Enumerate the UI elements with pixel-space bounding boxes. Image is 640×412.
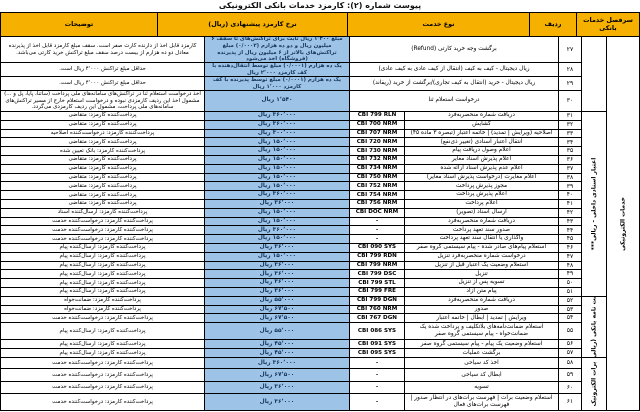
cell-notes: پرداخت‌کننده کارمزد: بانک تعیین شده <box>1 147 204 156</box>
cell-notes: پرداخت‌کننده کارمزد: متقاضی <box>1 191 204 200</box>
cell-service-type: برگشت وجه خرید کارتی (Refund) <box>349 37 558 63</box>
cell-cbi-code: CBI 730 NRM <box>349 147 404 156</box>
cell-cbi-code: CBI 750 NRM <box>349 174 404 183</box>
cell-service-type: استعلام وضعیت یک پیام - پیام سیستمی گروه… <box>404 340 558 349</box>
cell-fee-rate: ۱۵۰٬۰۰۰ ریال <box>204 182 349 191</box>
cell-service-type: صدور سند تعهد پرداخت <box>404 226 558 235</box>
cell-fee-rate: ۳۶٬۰۰۰ ریال <box>204 279 349 288</box>
cell-notes: پرداخت‌کننده کارمزد: متقاضی <box>1 112 204 121</box>
cell-notes: کارمزد قابل اخذ از دارنده کارت صفر است. … <box>1 37 204 63</box>
bank-services-banner: خدمات الکترونیکی <box>606 37 639 411</box>
cell-service-type: اعلام پرداخت <box>404 200 558 209</box>
cell-notes: پرداخت‌کننده کارمزد: متقاضی <box>1 156 204 165</box>
cell-notes: پرداخت‌کننده کارمزد: متقاضی <box>1 165 204 174</box>
cell-cbi-code: CBI 799 RLN <box>349 112 404 121</box>
cell-fee-rate: ۵۵٬۰۰۰ ریال <box>204 323 349 340</box>
cell-row-number: ۳۲ <box>558 121 581 130</box>
cell-cbi-code: CBI 767 DGN <box>349 314 404 323</box>
cell-service-type: تسویه پس از تنزیل <box>404 279 558 288</box>
cell-notes: پرداخت‌کننده کارمزد: درخواست‌کننده خدمت <box>1 314 204 323</box>
cell-service-type: انتقال اعتبار اسنادی (تغییر ذی‌نفع) <box>404 138 558 147</box>
cell-notes: پرداخت‌کننده کارمزد: درخواست‌کننده خدمت <box>1 218 204 227</box>
header-service-type: نوع خدمت <box>347 13 529 36</box>
cell-fee-rate: ۳۶۰٬۰۰۰ ریال <box>204 358 349 369</box>
cell-service-type: اعلام پذیرش اسناد مغایر <box>404 156 558 165</box>
cell-row-number: ۳۳ <box>558 130 581 139</box>
page-title: پیوست شماره (۲): کارمزد خدمات بانکی الکت… <box>0 0 640 12</box>
cell-fee-rate: ۵۵٬۰۰۰ ریال <box>204 297 349 306</box>
cell-service-type: تسویه <box>404 382 558 394</box>
cell-cbi-code: CBI 799 STL <box>349 279 404 288</box>
cell-fee-rate: ۱۵۰٬۰۰۰ ریال <box>204 235 349 244</box>
section-label-text: اعتبار اسنادی داخلی - ریالی*** <box>590 158 598 251</box>
cell-fee-rate: ۳۶٬۰۰۰ ریال <box>204 394 349 411</box>
cell-row-number: ۳۵ <box>558 147 581 156</box>
cell-row-number: ۴۰ <box>558 191 581 200</box>
cell-row-number: ۳۴ <box>558 138 581 147</box>
cell-notes: پرداخت‌کننده کارمزد: متقاضی <box>1 121 204 130</box>
cell-row-number: ۳۱ <box>558 112 581 121</box>
cell-cbi-code: CBI 754 NRM <box>349 191 404 200</box>
cell-notes: پرداخت‌کننده کارمزد: متقاضی <box>1 174 204 183</box>
cell-cbi-code: CBI 799 DGN <box>349 297 404 306</box>
cell-notes: پرداخت‌کننده کارمزد: درخواست‌کننده خدمت <box>1 382 204 394</box>
cell-notes: پرداخت‌کننده کارمزد: درخواست‌کننده اصلاح… <box>1 130 204 139</box>
cell-notes: پرداخت‌کننده کارمزد: درخواست‌کننده خدمت <box>1 226 204 235</box>
cell-cbi-code: CBI 799 RDN <box>349 253 404 262</box>
cell-row-number: ۳۶ <box>558 156 581 165</box>
cell-notes: پرداخت‌کننده کارمزد: متقاضی <box>1 182 204 191</box>
cell-fee-rate: ۱٬۵۴۰ ریال <box>204 91 349 112</box>
cell-cbi-code: CBI 086 SYS <box>349 323 404 340</box>
cell-row-number: ۴۵ <box>558 235 581 244</box>
cell-notes: پرداخت‌کننده کارمزد: ارسال‌کننده پیام <box>1 279 204 288</box>
cell-cbi-code: CBI 752 NRM <box>349 182 404 191</box>
cell-fee-rate: ۱۵۰٬۰۰۰ ریال <box>204 165 349 174</box>
cell-row-number: ۵۸ <box>558 358 581 369</box>
cell-service-type: برگشت عملیات <box>404 349 558 358</box>
cell-notes: پرداخت‌کننده کارمزد: ارسال‌کننده پیام <box>1 253 204 262</box>
cell-cbi-code: CBI 799 NRM <box>349 262 404 271</box>
cell-service-type: ریال دیجیتال - خرید (انتقال به کیف تجاری… <box>349 77 558 91</box>
cell-notes: پرداخت‌کننده کارمزد: درخواست‌کننده خدمت <box>1 235 204 244</box>
cell-fee-rate: ۴۵٬۰۰۰ ریال <box>204 349 349 358</box>
cell-cbi-code: CBI 756 NRM <box>349 200 404 209</box>
cell-fee-rate: ۱۵۰٬۰۰۰ ریال <box>204 138 349 147</box>
cell-service-type: مجوز پذیرش پرداخت <box>404 182 558 191</box>
cell-fee-rate: ۳۶٬۰۰۰ ریال <box>204 270 349 279</box>
cell-service-type: استعلام پیام‌های صادر شده - پیام سیستمی … <box>404 244 558 253</box>
cell-fee-rate: ۶۷٬۵۰۰ ریال <box>204 369 349 382</box>
cell-row-number: ۵۹ <box>558 369 581 382</box>
cell-fee-rate: ۱۵۰٬۰۰۰ ریال <box>204 209 349 218</box>
cell-row-number: ۵۰ <box>558 279 581 288</box>
cell-service-type: اعلام مغایرت (درخواست پذیرش اسناد مغایر) <box>404 174 558 183</box>
cell-row-number: ۲۹ <box>558 77 581 91</box>
cell-row-number: ۴۲ <box>558 209 581 218</box>
cell-cbi-code: CBI 095 SYS <box>349 349 404 358</box>
cell-notes: حداقل مبلغ تراکنش ۴٬۰۰۰ ریال است. <box>1 63 204 77</box>
cell-service-type: ارسال اسناد (تصویر) <box>404 209 558 218</box>
header-fee-rate: نرخ کارمزد پیشنهادی (ریال) <box>157 13 347 36</box>
section-label: ضمانت نامه بانکی (ریالی)*** <box>581 297 606 358</box>
cell-row-number: ۴۳ <box>558 218 581 227</box>
cell-cbi-code: - <box>349 218 404 227</box>
cell-row-number: ۴۱ <box>558 200 581 209</box>
cell-notes: پرداخت‌کننده کارمزد: ارسال‌کننده پیام <box>1 270 204 279</box>
cell-row-number: ۴۷ <box>558 253 581 262</box>
section-label-text: برات الکترونیک <box>590 362 598 407</box>
cell-notes: پرداخت‌کننده کارمزد: درخواست‌کننده خدمت <box>1 369 204 382</box>
cell-service-type: پیام متن آزاد <box>404 288 558 297</box>
cell-fee-rate: ۳۰۰٬۰۰۰ ریال <box>204 130 349 139</box>
cell-row-number: ۴۸ <box>558 262 581 271</box>
cell-row-number: ۲۷ <box>558 37 581 63</box>
cell-service-type: اعلام عدم پذیرش اسناد ارائه شده <box>404 165 558 174</box>
cell-cbi-code: - <box>349 226 404 235</box>
cell-row-number: ۵۱ <box>558 288 581 297</box>
cell-cbi-code: - <box>349 235 404 244</box>
cell-service-type: صدور <box>404 306 558 315</box>
cell-notes: پرداخت‌کننده کارمزد: متقاضی <box>1 138 204 147</box>
cell-service-type: اعلام وصول دریافت پیام <box>404 147 558 156</box>
section-label-text: ضمانت نامه بانکی (ریالی)*** <box>590 297 598 358</box>
cell-row-number: ۴۹ <box>558 270 581 279</box>
cell-cbi-code: CBI 799 DSC <box>349 270 404 279</box>
cell-service-type: دریافت شماره منحصربه‌فرد <box>404 112 558 121</box>
cell-fee-rate: ۱۵۰٬۰۰۰ ریال <box>204 174 349 183</box>
cell-service-type: درخواست شماره منحصربه‌فرد تنزیل <box>404 253 558 262</box>
cell-service-type: استعلام ضمانت‌نامه‌های بلاتکلیف و پرداخت… <box>404 323 558 340</box>
cell-cbi-code: CBI 760 NRM <box>349 306 404 315</box>
cell-row-number: ۳۸ <box>558 174 581 183</box>
cell-notes: پرداخت‌کننده کارمزد: ارسال‌کننده پیام <box>1 349 204 358</box>
cell-cbi-code: - <box>349 358 404 369</box>
cell-service-type: تنزیل <box>404 270 558 279</box>
cell-row-number: ۶۰ <box>558 382 581 394</box>
cell-notes: پرداخت‌کننده کارمزد: ارسال‌کننده پیام <box>1 288 204 297</box>
cell-fee-rate: ۳۶٬۰۰۰ ریال <box>204 200 349 209</box>
cell-service-type: اخذ کد سیاحی <box>404 358 558 369</box>
cell-service-type: ویرایش | تمدید | ابطال | خاتمه اعتبار <box>404 314 558 323</box>
cell-row-number: ۶۱ <box>558 394 581 411</box>
cell-service-type: اعلام پذیرش پرداخت <box>404 191 558 200</box>
cell-row-number: ۵۴ <box>558 314 581 323</box>
cell-row-number: ۵۳ <box>558 306 581 315</box>
cell-cbi-code: CBI 720 NRM <box>349 138 404 147</box>
cell-row-number: ۴۴ <box>558 226 581 235</box>
cell-fee-rate: ۶۷٬۵۰۰ ریال <box>204 306 349 315</box>
header-notes: توضیحات <box>1 13 157 36</box>
cell-service-type: درخواست استعلام ثنا <box>349 91 558 112</box>
cell-service-type: ریال دیجیتال - کیف به کیف (انتقال از کیف… <box>349 63 558 77</box>
cell-notes: پرداخت‌کننده کارمزد: متقاضی <box>1 200 204 209</box>
cell-fee-rate: ۱۵۰٬۰۰۰ ریال <box>204 253 349 262</box>
cell-notes: پرداخت‌کننده کارمزد: درخواست‌کننده خدمت <box>1 358 204 369</box>
header-section: سرفصل خدمات بانکی <box>576 13 639 36</box>
cell-row-number: ۵۶ <box>558 340 581 349</box>
cell-row-number: ۵۲ <box>558 297 581 306</box>
cell-row-number: ۲۸ <box>558 63 581 77</box>
cell-cbi-code: CBI 732 NRM <box>349 156 404 165</box>
cell-fee-rate: ۳۶۰٬۰۰۰ ریال <box>204 191 349 200</box>
cell-notes: پرداخت‌کننده کارمزد: ارسال‌کننده پیام <box>1 262 204 271</box>
document-page: پیوست شماره (۲): کارمزد خدمات بانکی الکت… <box>0 0 640 412</box>
cell-fee-rate: ۴۵٬۰۰۰ ریال <box>204 340 349 349</box>
cell-fee-rate: یک ده هزارم (۰/۰۰۰۱) مبلغ توسط انتقال‌ده… <box>204 63 349 77</box>
table-body: خدمات الکترونیکی اعتبار اسنادی داخلی - ر… <box>1 37 639 411</box>
cell-notes: پرداخت‌کننده کارمزد: ارسال‌کننده پیام <box>1 323 204 340</box>
cell-fee-rate: ۳۶٬۰۰۰ ریال <box>204 382 349 394</box>
cell-fee-rate: ۳۶٬۰۰۰ ریال <box>204 244 349 253</box>
cell-fee-rate: ۳۶۰٬۰۰۰ ریال <box>204 112 349 121</box>
cell-fee-rate: یک ده هزارم (۰/۰۰۰۱) مبلغ توسط پذیرنده ب… <box>204 77 349 91</box>
cell-cbi-code: - <box>349 369 404 382</box>
cell-fee-rate: ۱۵۰٬۰۰۰ ریال <box>204 156 349 165</box>
table-header-row: سرفصل خدمات بانکی ردیف نوع خدمت نرخ کارم… <box>1 13 639 37</box>
cell-cbi-code: CBI 707 NRM <box>349 130 404 139</box>
cell-cbi-code: CBI 799 FRE <box>349 288 404 297</box>
cell-service-type: واگذاری یا انتقال سند تعهد پرداخت <box>404 235 558 244</box>
cell-fee-rate: ۳۶٬۰۰۰ ریال <box>204 262 349 271</box>
cell-notes: حداقل مبلغ تراکنش ۴٬۰۰۰ ریال است. <box>1 77 204 91</box>
cell-cbi-code: CBI 090 SYS <box>349 244 404 253</box>
cell-notes: پرداخت‌کننده کارمزد: ضمانت‌خواه <box>1 297 204 306</box>
cell-notes: پرداخت‌کننده کارمزد: ضمانت‌خواه <box>1 306 204 315</box>
cell-fee-rate: ۳۶۰٬۰۰۰ ریال <box>204 226 349 235</box>
cell-fee-rate: ۳۶٬۰۰۰ ریال <box>204 288 349 297</box>
section-label <box>581 37 606 112</box>
cell-row-number: ۵۷ <box>558 349 581 358</box>
header-row-number: ردیف <box>529 13 576 36</box>
cell-fee-rate: ۱۵۰٬۰۰۰ ریال <box>204 218 349 227</box>
section-label: اعتبار اسنادی داخلی - ریالی*** <box>581 112 606 297</box>
cell-service-type: استعلام وضعیت برات | فهرست برات‌های در ا… <box>404 394 558 411</box>
cell-service-type: اصلاحیه (ویرایش | تمدید) | خاتمه اعتبار … <box>404 130 558 139</box>
cell-service-type: ابطال کد سیاحی <box>404 369 558 382</box>
bank-services-banner-label: خدمات الکترونیکی <box>619 197 627 251</box>
cell-fee-rate: ۶۷٬۵۰۰ ریال <box>204 314 349 323</box>
cell-notes: اخذ درخواست استعلام ثنا در تراکنش‌های سا… <box>1 91 204 112</box>
fees-table: سرفصل خدمات بانکی ردیف نوع خدمت نرخ کارم… <box>0 12 640 411</box>
cell-service-type: دریافت شماره منحصربه‌فرد <box>404 218 558 227</box>
cell-notes: پرداخت‌کننده کارمزد: ارسال‌کننده پیام <box>1 340 204 349</box>
cell-service-type: دریافت شماره منحصربه‌فرد <box>404 297 558 306</box>
cell-notes: پرداخت‌کننده کارمزد: ارسال‌کننده اسناد <box>1 209 204 218</box>
cell-cbi-code: CBI 734 NRM <box>349 165 404 174</box>
cell-row-number: ۳۰ <box>558 91 581 112</box>
cell-service-type: استعلام وضعیت یک اعتبار قبل از تنزیل <box>404 262 558 271</box>
cell-row-number: ۴۶ <box>558 244 581 253</box>
cell-fee-rate: ۳۶۰٬۰۰۰ ریال <box>204 121 349 130</box>
cell-fee-rate: ۱۵۰٬۰۰۰ ریال <box>204 147 349 156</box>
cell-cbi-code: CBI DOC NRM <box>349 209 404 218</box>
cell-cbi-code: CBI 700 NRM <box>349 121 404 130</box>
cell-notes: پرداخت‌کننده کارمزد: درخواست‌کننده خدمت <box>1 394 204 411</box>
cell-row-number: ۵۵ <box>558 323 581 340</box>
cell-fee-rate: مبلغ ۱٬۴۰۰ ریال ثابت برای تراکنش‌های تا … <box>204 37 349 63</box>
cell-service-type: گشایش <box>404 121 558 130</box>
cell-cbi-code: - <box>349 394 404 411</box>
cell-row-number: ۳۷ <box>558 165 581 174</box>
cell-cbi-code: - <box>349 382 404 394</box>
cell-row-number: ۳۹ <box>558 182 581 191</box>
section-label: برات الکترونیک <box>581 358 606 411</box>
cell-cbi-code: CBI 091 SYS <box>349 340 404 349</box>
cell-notes: پرداخت‌کننده کارمزد: ارسال‌کننده پیام <box>1 244 204 253</box>
